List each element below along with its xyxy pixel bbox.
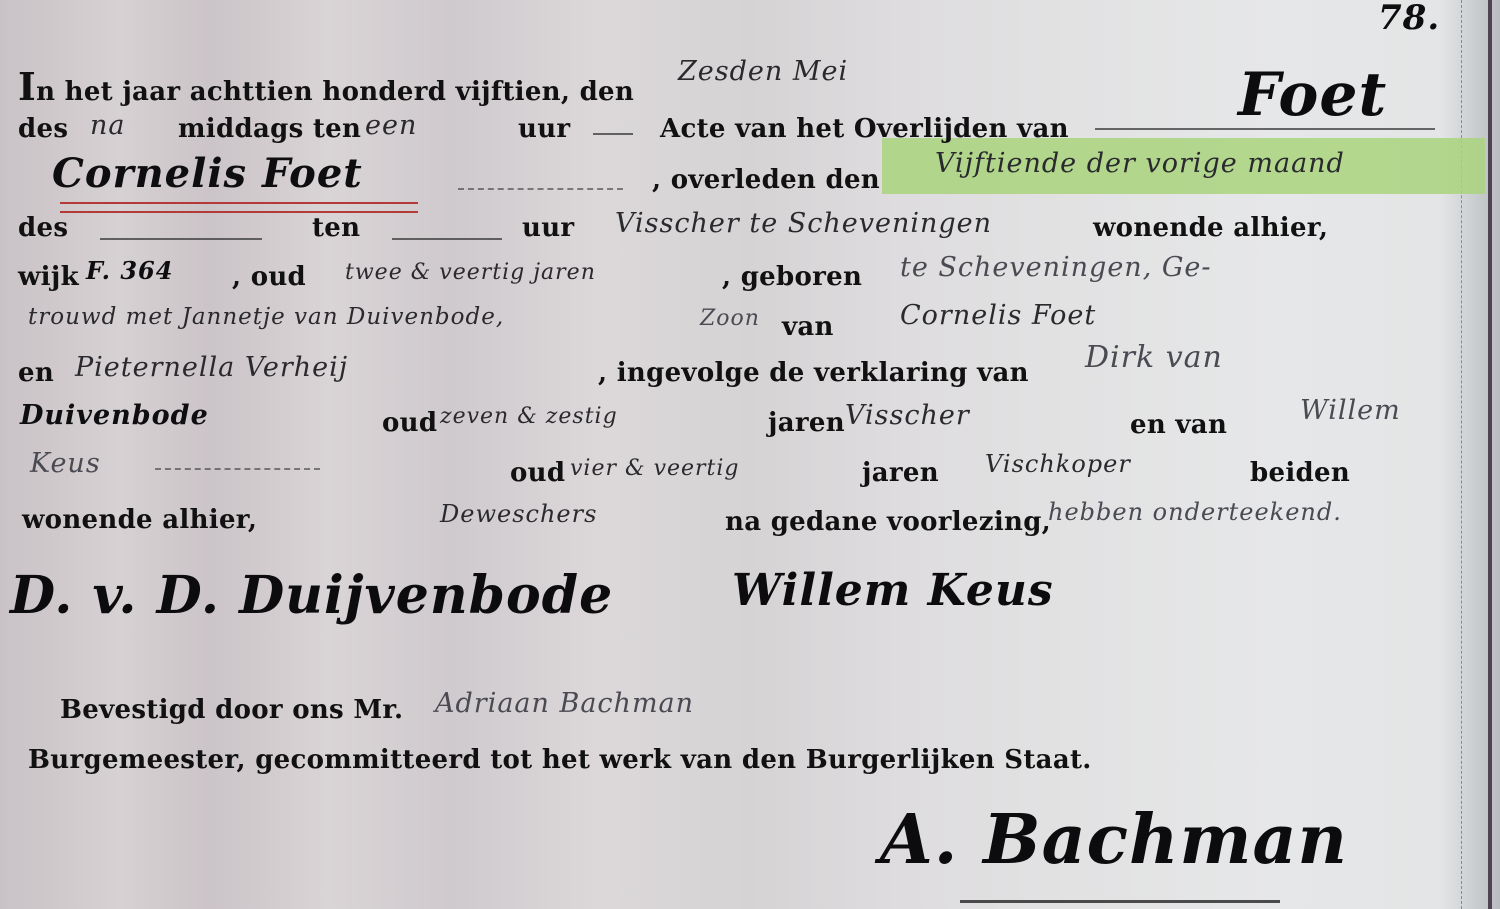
blank-line bbox=[458, 188, 623, 190]
line7-en: en bbox=[18, 358, 54, 388]
hand-witness2-part2: Keus bbox=[30, 448, 101, 479]
line4-uur: uur bbox=[522, 213, 574, 243]
line5-wijk: wijk bbox=[18, 262, 79, 292]
hand-witness1-part1: Dirk van bbox=[1085, 340, 1223, 375]
line2-middags: middags ten bbox=[178, 114, 361, 144]
hand-hour: een bbox=[365, 110, 417, 141]
signature-witness1: D. v. D. Duijvenbode bbox=[10, 565, 613, 626]
footer-burgemeester: Burgemeester, gecommitteerd tot het werk… bbox=[28, 745, 1092, 775]
hand-relation: Deweschers bbox=[440, 500, 597, 528]
hand-witness2-part1: Willem bbox=[1300, 395, 1401, 426]
hand-death-date: Vijftiende der vorige maand bbox=[935, 148, 1345, 179]
signature-official: A. Bachman bbox=[880, 800, 1348, 880]
hand-zoon: Zoon bbox=[700, 306, 760, 331]
hand-birthplace: te Scheveningen, Ge- bbox=[900, 252, 1212, 283]
hand-spouse: trouwd met Jannetje van Duivenbode, bbox=[28, 304, 504, 330]
footer-bevestigd: Bevestigd door ons Mr. bbox=[60, 695, 403, 725]
hand-wijk-number: F. 364 bbox=[86, 256, 173, 285]
hand-witness1-part2: Duivenbode bbox=[20, 400, 209, 431]
line4-wonende: wonende alhier, bbox=[1093, 213, 1328, 243]
line8-jaren: jaren bbox=[768, 408, 845, 438]
blank-line bbox=[100, 238, 262, 240]
death-record-document: 78. Foet In het jaar achttien honderd vi… bbox=[0, 0, 1500, 909]
line9-jaren: jaren bbox=[862, 458, 939, 488]
line8-oud: oud bbox=[382, 408, 437, 438]
hand-official-name: Adriaan Bachman bbox=[435, 688, 694, 719]
signature-flourish bbox=[960, 900, 1280, 903]
line10-wonende: wonende alhier, bbox=[22, 505, 257, 535]
line5-oud: , oud bbox=[232, 262, 306, 292]
line9-oud: oud bbox=[510, 458, 565, 488]
hand-mother: Pieternella Verheij bbox=[75, 352, 348, 383]
margin-rule bbox=[1461, 0, 1463, 909]
line2-des: des bbox=[18, 114, 68, 144]
line6-van: van bbox=[782, 312, 834, 342]
blank-line bbox=[155, 468, 320, 470]
page-number: 78. bbox=[1378, 0, 1440, 38]
line2-uur: uur bbox=[518, 114, 570, 144]
dropcap: I bbox=[18, 64, 36, 109]
line9-beiden: beiden bbox=[1250, 458, 1350, 488]
name-underline bbox=[60, 202, 418, 213]
hand-date: Zesden Mei bbox=[678, 56, 848, 87]
line2-acte: Acte van het Overlijden van bbox=[660, 114, 1069, 144]
line4-des: des bbox=[18, 213, 68, 243]
line7-ingevolge: , ingevolge de verklaring van bbox=[598, 358, 1029, 388]
line1-printed: In het jaar achttien honderd vijftien, d… bbox=[18, 64, 634, 109]
hand-witness2-age: vier & veertig bbox=[570, 456, 740, 481]
hand-age: twee & veertig jaren bbox=[345, 260, 596, 285]
page-edge bbox=[1488, 0, 1492, 909]
blank-line bbox=[392, 238, 502, 240]
signature-witness2: Willem Keus bbox=[732, 565, 1054, 616]
line4-ten: ten bbox=[312, 213, 360, 243]
line1-text: n het jaar achttien honderd vijftien, de… bbox=[36, 77, 634, 107]
hand-occupation-place: Visscher te Scheveningen bbox=[615, 208, 992, 239]
hand-witness2-occupation: Vischkoper bbox=[985, 450, 1131, 478]
blank-line bbox=[1095, 128, 1435, 130]
deceased-name: Cornelis Foet bbox=[52, 150, 363, 197]
hand-time-of-day: na bbox=[90, 110, 126, 141]
margin-annotation: Foet bbox=[1238, 60, 1387, 130]
line3-overleden: , overleden den bbox=[652, 165, 880, 195]
hand-witness1-occupation: Visscher bbox=[845, 400, 970, 431]
hand-witness1-age: zeven & zestig bbox=[440, 404, 618, 429]
line8-en-van: en van bbox=[1130, 410, 1227, 440]
line10-na-gedane: na gedane voorlezing, bbox=[725, 507, 1051, 537]
hand-father: Cornelis Foet bbox=[900, 300, 1096, 331]
line5-geboren: , geboren bbox=[722, 262, 862, 292]
blank-line bbox=[593, 133, 633, 135]
hand-signed: hebben onderteekend. bbox=[1048, 498, 1342, 526]
